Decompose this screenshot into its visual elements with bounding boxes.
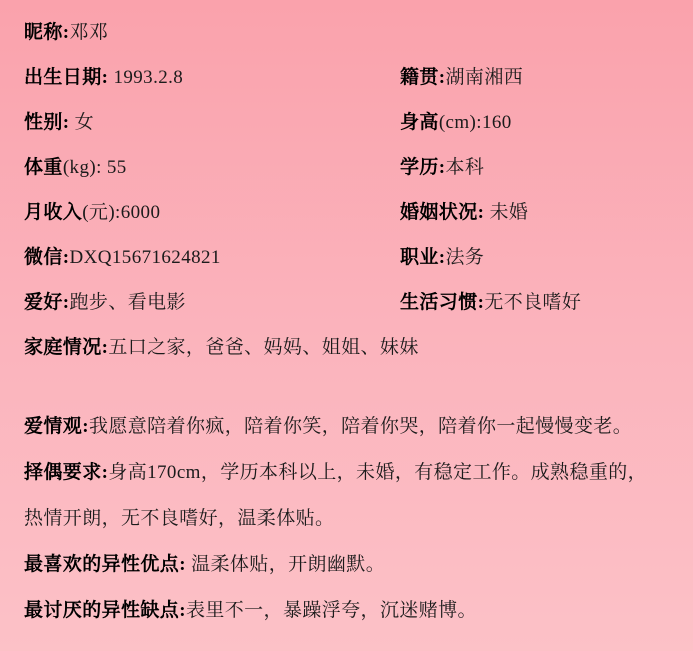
field-label: 月收入 — [24, 202, 82, 223]
field-gender: 性别: 女 — [24, 100, 400, 145]
para-favorite-traits: 最喜欢的异性优点: 温柔体贴，开朗幽默。 — [24, 542, 669, 588]
paragraph-section: 爱情观:我愿意陪着你疯，陪着你笑，陪着你哭，陪着你一起慢慢变老。 择偶要求:身高… — [24, 404, 669, 634]
field-occupation: 职业:法务 — [400, 235, 669, 280]
field-native-place: 籍贯:湖南湘西 — [400, 55, 669, 100]
field-unit: (cm): — [439, 112, 482, 133]
field-value: 我愿意陪着你疯，陪着你笑，陪着你哭，陪着你一起慢慢变老。 — [89, 416, 632, 437]
field-value: 本科 — [446, 157, 485, 178]
profile-card: 昵称:邓邓 出生日期: 1993.2.8 籍贯:湖南湘西 性别: 女 身高(cm… — [0, 0, 693, 651]
field-weight: 体重(kg): 55 — [24, 145, 400, 190]
field-value: 1993.2.8 — [108, 67, 183, 88]
field-living-habits: 生活习惯:无不良嗜好 — [400, 280, 669, 325]
field-nickname: 昵称:邓邓 — [24, 10, 669, 55]
row-nickname: 昵称:邓邓 — [24, 10, 669, 55]
field-value: 无不良嗜好 — [484, 292, 581, 313]
field-value: 女 — [70, 112, 95, 133]
field-label: 最喜欢的异性优点: — [24, 554, 186, 575]
field-value: DXQ15671624821 — [70, 247, 221, 268]
field-label: 籍贯: — [400, 67, 446, 88]
row-gender-height: 性别: 女 身高(cm):160 — [24, 100, 669, 145]
field-label: 性别: — [24, 112, 70, 133]
field-marital-status: 婚姻状况: 未婚 — [400, 190, 669, 235]
para-love-view: 爱情观:我愿意陪着你疯，陪着你笑，陪着你哭，陪着你一起慢慢变老。 — [24, 404, 669, 450]
field-label: 爱情观: — [24, 416, 89, 437]
field-value: 身高170cm，学历本科以上，未婚，有稳定工作。成熟稳重的， — [108, 462, 647, 483]
field-unit: (kg): — [63, 157, 102, 178]
field-label: 择偶要求: — [24, 462, 108, 483]
row-hobbies-habits: 爱好:跑步、看电影 生活习惯:无不良嗜好 — [24, 280, 669, 325]
field-value: 五口之家，爸爸、妈妈、姐姐、妹妹 — [108, 337, 418, 358]
row-wechat-occupation: 微信:DXQ15671624821 职业:法务 — [24, 235, 669, 280]
field-value: 邓邓 — [70, 22, 109, 43]
para-partner-requirements: 择偶要求:身高170cm，学历本科以上，未婚，有稳定工作。成熟稳重的， 热情开朗… — [24, 450, 669, 542]
field-label: 身高 — [400, 112, 439, 133]
row-income-marital: 月收入(元):6000 婚姻状况: 未婚 — [24, 190, 669, 235]
field-value: 55 — [102, 157, 127, 178]
field-value: 法务 — [446, 247, 485, 268]
field-value: 160 — [482, 112, 512, 133]
field-label: 昵称: — [24, 22, 70, 43]
field-value: 表里不一，暴躁浮夸，沉迷赌博。 — [186, 600, 477, 621]
field-value: 6000 — [121, 202, 161, 223]
field-hobbies: 爱好:跑步、看电影 — [24, 280, 400, 325]
field-value: 跑步、看电影 — [70, 292, 186, 313]
field-label: 婚姻状况: — [400, 202, 484, 223]
field-birth-date: 出生日期: 1993.2.8 — [24, 55, 400, 100]
field-label: 职业: — [400, 247, 446, 268]
field-label: 生活习惯: — [400, 292, 484, 313]
field-label: 爱好: — [24, 292, 70, 313]
field-height: 身高(cm):160 — [400, 100, 669, 145]
para-line-2: 热情开朗，无不良嗜好，温柔体贴。 — [24, 496, 669, 542]
field-family: 家庭情况:五口之家，爸爸、妈妈、姐姐、妹妹 — [24, 325, 669, 370]
para-line-1: 择偶要求:身高170cm，学历本科以上，未婚，有稳定工作。成熟稳重的， — [24, 450, 669, 496]
field-wechat: 微信:DXQ15671624821 — [24, 235, 400, 280]
row-weight-education: 体重(kg): 55 学历:本科 — [24, 145, 669, 190]
field-label: 体重 — [24, 157, 63, 178]
field-value: 温柔体贴，开朗幽默。 — [186, 554, 385, 575]
field-label: 出生日期: — [24, 67, 108, 88]
para-disliked-traits: 最讨厌的异性缺点:表里不一，暴躁浮夸，沉迷赌博。 — [24, 588, 669, 634]
field-unit: (元): — [82, 202, 121, 223]
field-value: 湖南湘西 — [446, 67, 524, 88]
field-label: 微信: — [24, 247, 70, 268]
field-monthly-income: 月收入(元):6000 — [24, 190, 400, 235]
field-education: 学历:本科 — [400, 145, 669, 190]
row-birth-native: 出生日期: 1993.2.8 籍贯:湖南湘西 — [24, 55, 669, 100]
field-label: 学历: — [400, 157, 446, 178]
row-family: 家庭情况:五口之家，爸爸、妈妈、姐姐、妹妹 — [24, 325, 669, 370]
field-label: 最讨厌的异性缺点: — [24, 600, 186, 621]
field-label: 家庭情况: — [24, 337, 108, 358]
field-value: 未婚 — [484, 202, 528, 223]
